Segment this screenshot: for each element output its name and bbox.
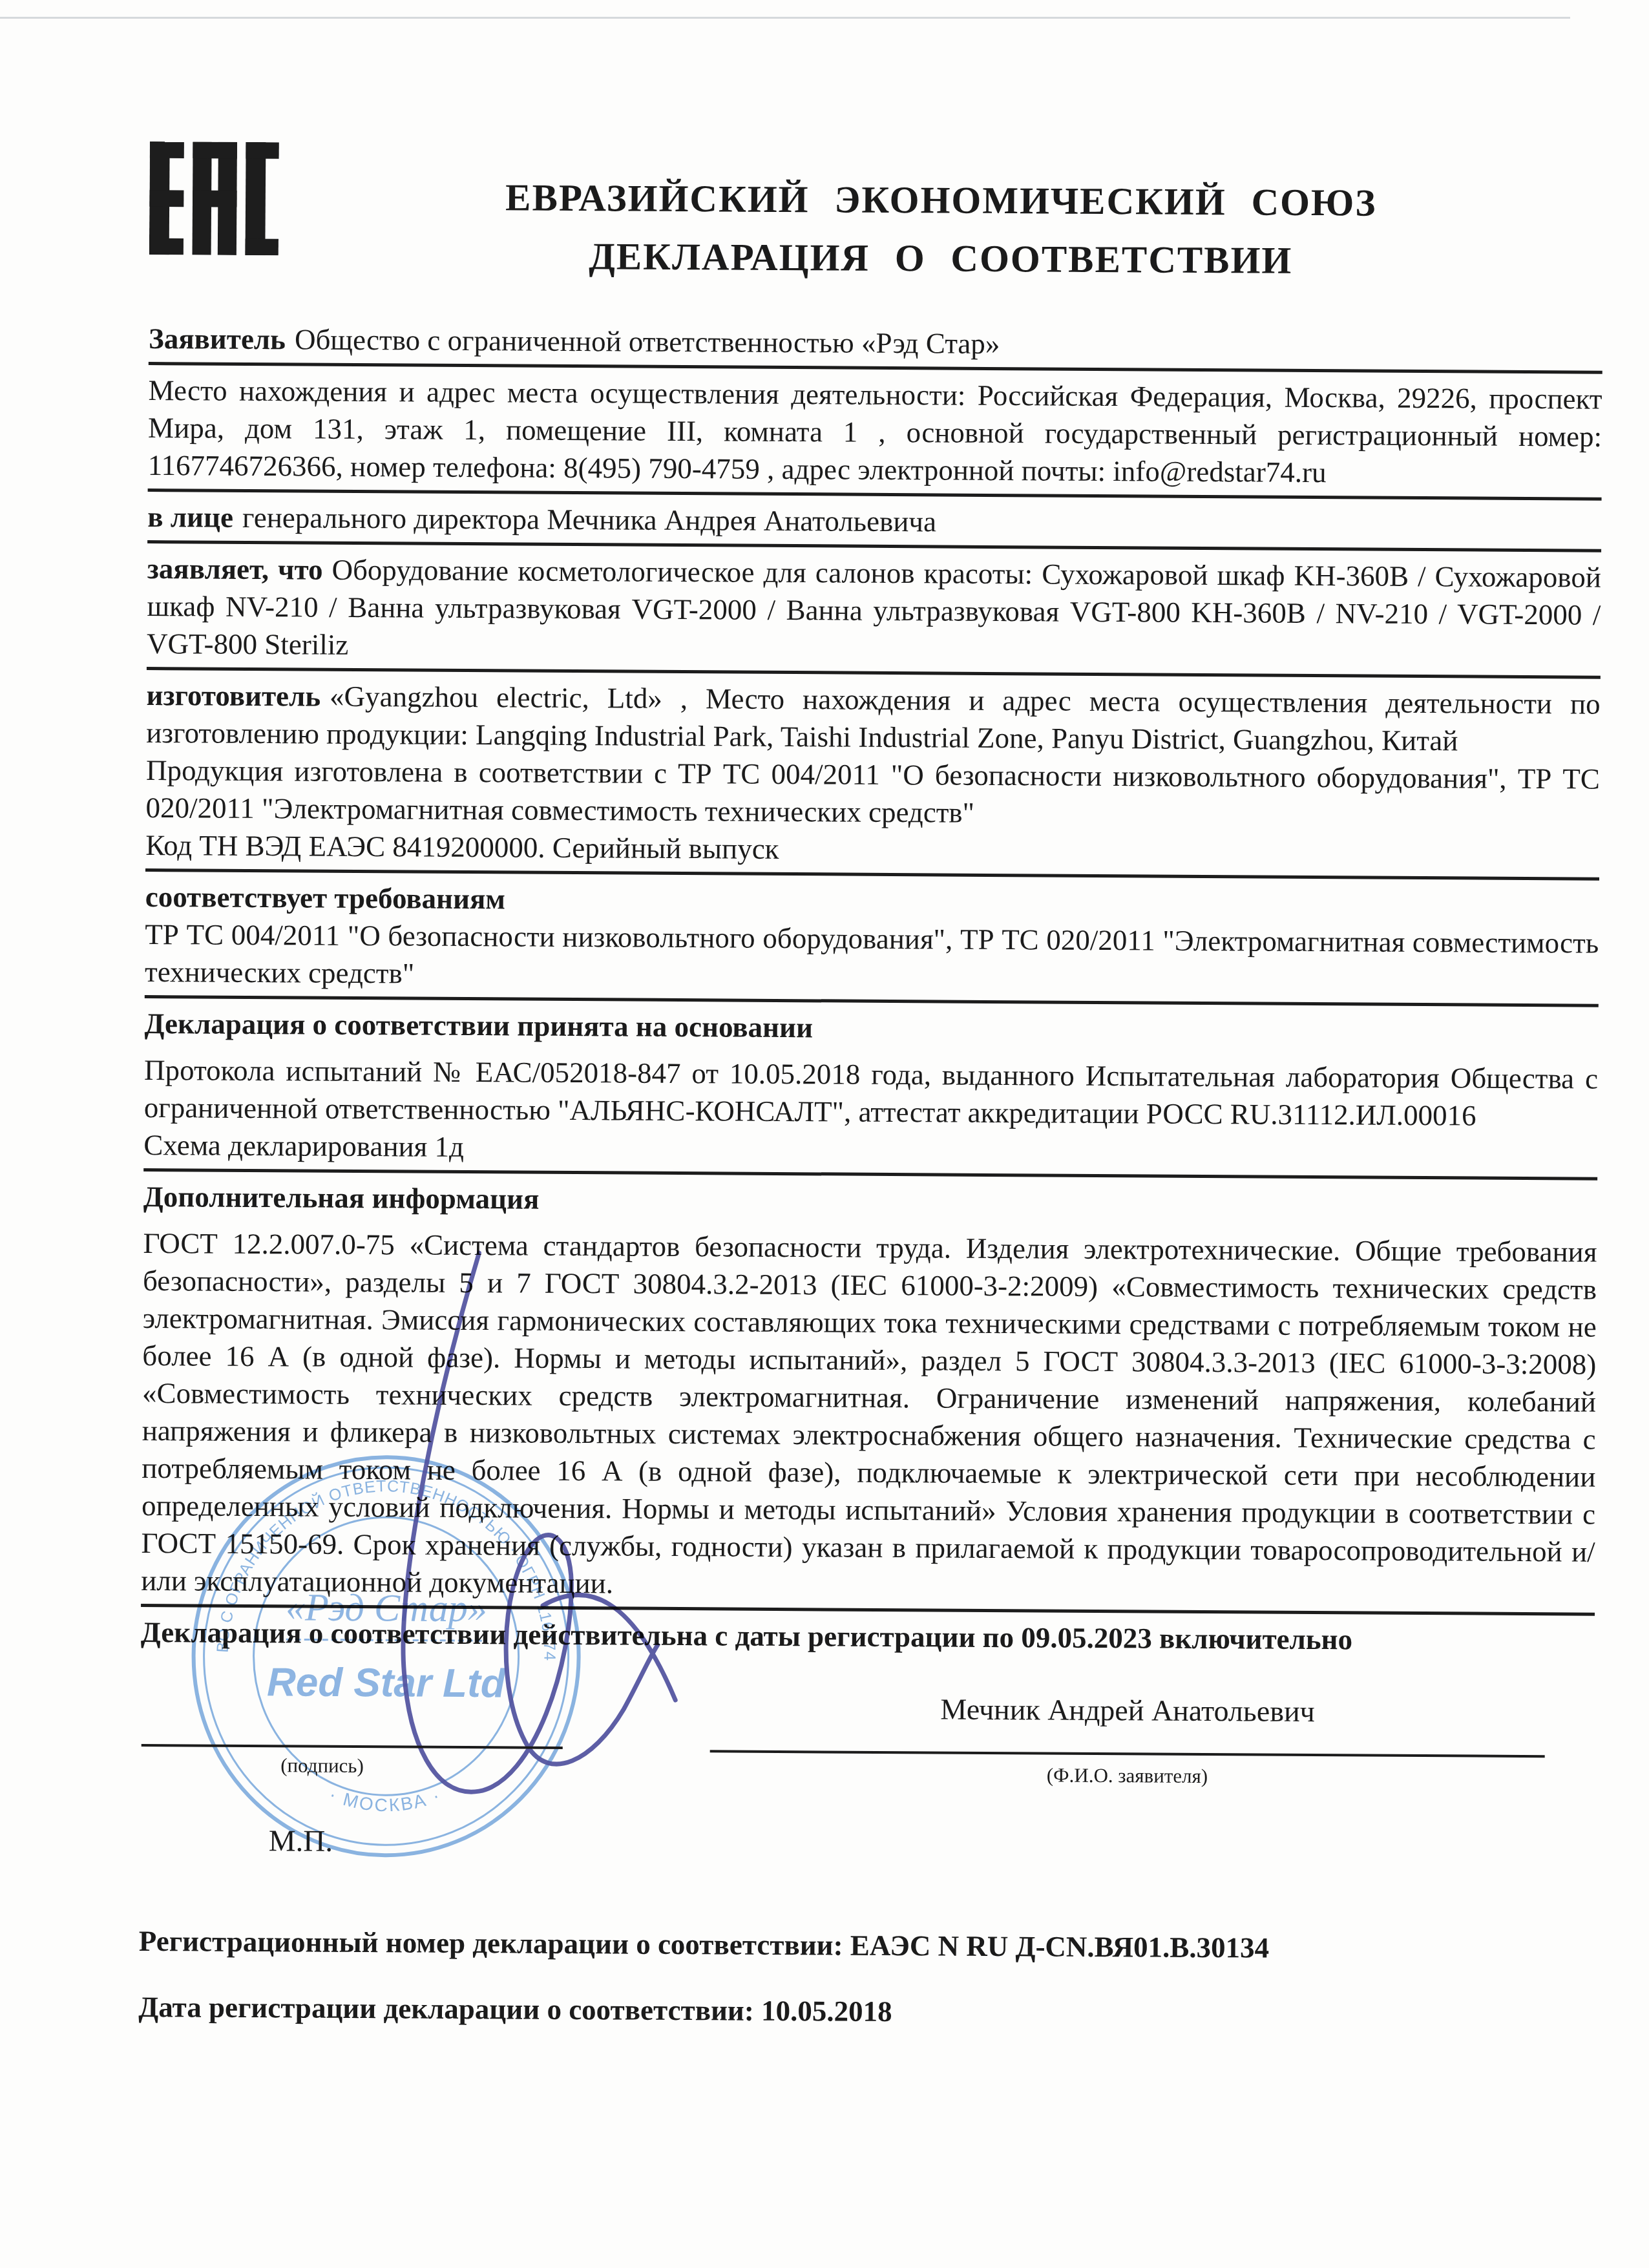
applicant-row: ЗаявительОбщество с ограниченной ответст… [149,320,1602,366]
manufacturer-value: «Gyangzhou electric, Ltd» , Место нахожд… [146,680,1601,757]
applicant-fullname: Мечник Андрей Анатольевич [710,1689,1545,1732]
declaration-document: ЕВРАЗИЙСКИЙ ЭКОНОМИЧЕСКИЙ СОЮЗ ДЕКЛАРАЦИ… [0,0,1649,2268]
person-label: в лице [147,501,242,534]
additional-info-paragraph: ГОСТ 12.2.007.0-75 «Система стандартов б… [141,1224,1597,1608]
document-title: ЕВРАЗИЙСКИЙ ЭКОНОМИЧЕСКИЙ СОЮЗ ДЕКЛАРАЦИ… [278,133,1604,291]
document-title-line2: ДЕКЛАРАЦИЯ О СООТВЕТСТВИИ [278,225,1604,291]
eac-logo-icon [149,142,279,255]
name-line [710,1750,1545,1758]
validity-line: Декларация о соответствии действительна … [141,1613,1595,1660]
applicant-label: Заявитель [149,322,295,355]
person-row: в лицегенерального директора Мечника Анд… [147,498,1601,545]
document-header: ЕВРАЗИЙСКИЙ ЭКОНОМИЧЕСКИЙ СОЮЗ ДЕКЛАРАЦИ… [149,132,1604,291]
registration-date-line: Дата регистрации декларации о соответств… [138,1988,1592,2035]
registration-number-value: ЕАЭС N RU Д-CN.ВЯ01.В.30134 [850,1929,1269,1964]
signature-caption: (подпись) [141,1753,503,1778]
declares-label: заявляет, что [147,552,332,586]
address-paragraph: Место нахождения и адрес места осуществл… [148,372,1602,493]
scan-artifact-line [0,17,1570,19]
complies-paragraph: ТР ТС 004/2011 "О безопасности низковоль… [145,916,1599,1000]
signature-line [142,1744,563,1749]
person-value: генерального директора Мечника Андрея Ан… [242,501,936,538]
declares-row: заявляет, чтоОборудование косметологичес… [147,550,1601,671]
applicant-value: Общество с ограниченной ответственностью… [295,323,1000,360]
registration-date-label: Дата регистрации декларации о соответств… [138,1991,754,2027]
registration-footer: Регистрационный номер декларации о соотв… [138,1922,1593,2035]
document-content: ЕВРАЗИЙСКИЙ ЭКОНОМИЧЕСКИЙ СОЮЗ ДЕКЛАРАЦИ… [138,132,1604,2035]
registration-date-value: 10.05.2018 [761,1995,892,2028]
document-title-line1: ЕВРАЗИЙСКИЙ ЭКОНОМИЧЕСКИЙ СОЮЗ [278,167,1604,233]
registration-number-label: Регистрационный номер декларации о соотв… [139,1925,843,1962]
name-caption: (Ф.И.О. заявителя) [709,1761,1544,1790]
declares-value: Оборудование косметологическое для салон… [147,554,1601,661]
stamp-place-caption: М.П. [269,1822,333,1860]
manufacturer-label: изготовитель [147,679,330,713]
registration-number-line: Регистрационный номер декларации о соотв… [139,1922,1593,1969]
made-in-accordance-paragraph: Продукция изготовлена в соответствии с Т… [145,751,1600,835]
manufacturer-row: изготовитель«Gyangzhou electric, Ltd» , … [146,677,1601,761]
basis-paragraph: Протокола испытаний № ЕАС/052018-847 от … [144,1051,1599,1135]
svg-text:· МОСКВА ·: · МОСКВА · [326,1784,444,1816]
tn-ved-line: Код ТН ВЭД ЕАЭС 8419200000. Серийный вып… [145,826,1599,873]
stamp-bottom-text: · МОСКВА · [326,1784,444,1816]
stamp-center-name-en: Red Star Ltd [267,1660,506,1706]
signature-area: ОБЩЕСТВО С ОГРАНИЧЕННОЙ ОТВЕТСТВЕННОСТЬЮ… [139,1668,1594,1890]
